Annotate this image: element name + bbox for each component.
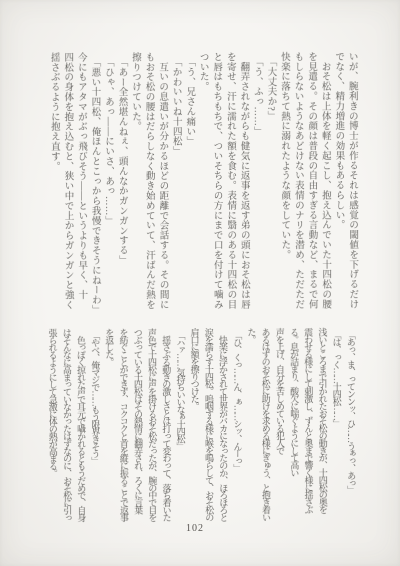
text-line: 「は、っく……十四松……」 xyxy=(329,328,344,520)
text-line: 「あー全然堪んねぇ、頭んなかガンガンする」 xyxy=(114,52,128,316)
text-line: 今にもアタマがぶっ飛びそう――というよりも早く、十 xyxy=(73,52,87,316)
lower-text-band: 「あっ、ま、ってンンッ、ひ……うぁっ、あっ」 「は、っく……十四松……」浅いとこ… xyxy=(46,328,359,521)
text-line: 「悪い十四松、俺ほんとこっから我慢できそうにねーわ」 xyxy=(87,52,101,316)
text-line: いが、腕利きの博士が作るそれは感覚の閾値を下げるだけ xyxy=(344,52,358,316)
text-line: 揺さぶるように抱え直す。 xyxy=(46,52,60,316)
text-line: はそんなに高まっていなかったはずなのに、おそ松に引っ xyxy=(59,328,74,520)
text-line: と唇はもちもちで、ついそちらの方にまで口を付けて噛み xyxy=(209,52,223,316)
text-line: る。息が詰まり、酸欠に喘ぐようにして高い xyxy=(287,328,302,520)
text-line: 快楽に浮かされて世界がバカになったのか、ほろほろと xyxy=(216,328,231,520)
text-line: を見遣る。その顔は普段の自由すぎる言動など、まるで何 xyxy=(303,52,317,316)
text-line: 張られるようにして急激に体の熱が高まる。 xyxy=(45,328,60,520)
text-line: 「ハァ……気持ちいいなぁ十四松」 xyxy=(173,328,188,520)
text-line: 「あっ、ま、ってンンッ、ひ……うぁっ、あっ」 xyxy=(344,328,359,520)
text-line: 声を上げ、自分を苦しめている犯人で xyxy=(273,328,288,520)
text-line: 翻弄されながらも健気に返事を返す弟の頭におそ松は唇 xyxy=(236,52,250,316)
text-line: 「う、ふっ……」 xyxy=(249,52,263,316)
text-line: おそ松は上体を軽く起こし、抱え込んでいた十四松の腰 xyxy=(317,52,331,316)
text-line: つぶっている十四松はその熱情に翻弄され、ろくに言葉 xyxy=(130,328,145,520)
text-line: でなく、精力増進の効果もあるらしい。 xyxy=(331,52,345,316)
text-line: を紡ぐことができず、コクコクと首を縦に振ることで返事 xyxy=(116,328,131,520)
text-line: 震わせる様にして刺激し、ずんと奥まで響く様に揺さぶ xyxy=(301,328,316,520)
text-line: ついた。 xyxy=(195,52,209,316)
text-line: を寄せ、汗に濡れた額を食む。表情に翳のある十四松の目 xyxy=(222,52,236,316)
text-line: 揺さぶる動きの激しさとは打って変わって、落ち着いた xyxy=(159,328,174,520)
upper-text-band: いが、腕利きの博士が作るそれは感覚の閾値を下げるだけでなく、精力増進の効果もある… xyxy=(46,52,359,317)
text-line: 「かわいいね十四松」 xyxy=(168,52,182,316)
text-line: もおそ松の腰はだらしなく動き始めていて、汗ばんだ熱を xyxy=(141,52,155,316)
text-line: 四松の身体を抱え込むと、狭い中で上からガンガンと強く xyxy=(60,52,74,316)
text-line: 肩口に額を擦りつけた。 xyxy=(187,328,202,520)
scanned-novel-page: いが、腕利きの博士が作るそれは感覚の閾値を下げるだけでなく、精力増進の効果もある… xyxy=(0,0,400,566)
text-line: 「ひ、くっ……ん、ぁ……シッ、んーっ」 xyxy=(230,328,245,520)
page-number: 102 xyxy=(180,523,210,534)
text-line: あるはずのおそ松に助けを求める様にぎゅう、と抱き着い xyxy=(258,328,273,520)
text-line: 「う、兄さん痛い」 xyxy=(182,52,196,316)
text-line: 浅いところまで引かれたおそ松の動きが、十四松の奥を xyxy=(315,328,330,520)
text-line: 擦りつけていた。 xyxy=(127,52,141,316)
text-line: た。 xyxy=(244,328,259,520)
text-line: 快楽に落ちて熱に溺れたような顔をしていた。 xyxy=(276,52,290,316)
text-line: 「やべ、俺マジで……もう限界きそう」 xyxy=(88,328,103,520)
text-line: 互いの息遣いが分かるほどの距離で会話する。その間に xyxy=(154,52,168,316)
text-line: 涙を濡らす十四松。嗚咽する様に喉を鳴らして、おそ松の xyxy=(202,328,217,520)
text-line: 「ひゃ、あっ――にいさ、あっ……」 xyxy=(100,52,114,316)
text-line: 声色で十四松に声を掛けるおそ松だったが、腕の中で目を xyxy=(145,328,160,520)
text-line: 色っぽく掠れた声で耳元で囁かれるともうだめで、自身 xyxy=(74,328,89,520)
text-line: を返した。 xyxy=(102,328,117,520)
text-line: もしらないようなあどけない表情のナリを潜め、ただただ xyxy=(290,52,304,316)
text-line: 「大丈夫か?」 xyxy=(263,52,277,316)
